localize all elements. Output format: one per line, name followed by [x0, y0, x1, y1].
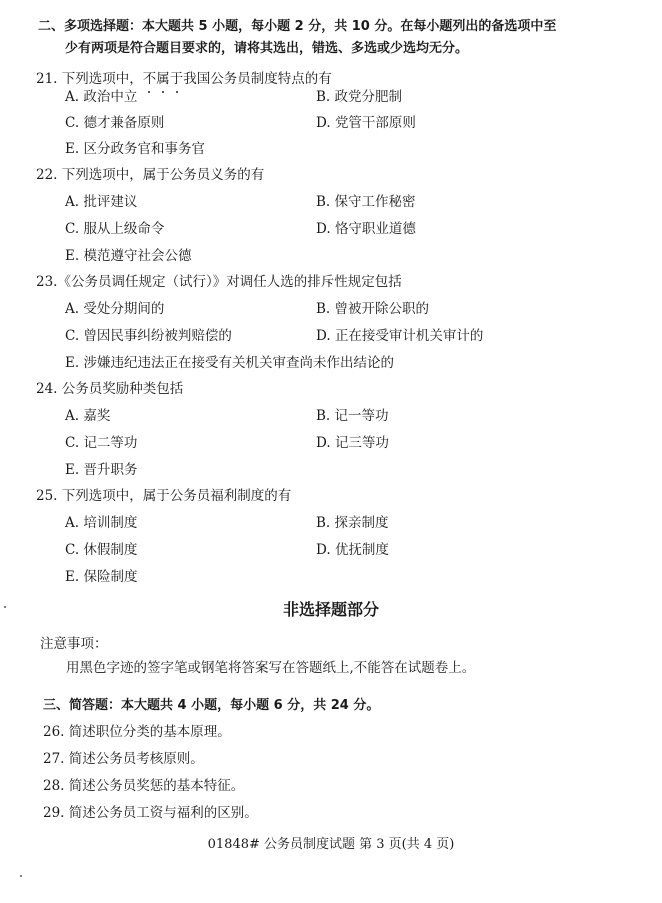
stem-text: 下列选项中，属于公务员福利制度的有	[62, 488, 292, 504]
option-text: 曾因民事纠纷被判赔偿的	[83, 328, 232, 344]
stem-text: 下列选项中，属于公务员义务的有	[62, 167, 265, 183]
option-22b: B. 保守工作秘密	[316, 193, 416, 211]
question-29: 29. 简述公务员工资与福利的区别。	[43, 804, 258, 822]
option-23d: D. 正在接受审计机关审计的	[316, 327, 483, 345]
option-text: 政党分肥制	[335, 89, 403, 105]
option-letter: D.	[316, 542, 331, 558]
option-21e: E. 区分政务官和事务官	[65, 140, 205, 158]
scan-speck	[4, 606, 6, 608]
option-text: 党管干部原则	[335, 115, 416, 131]
option-letter: C.	[65, 542, 79, 558]
option-letter: E.	[65, 141, 79, 157]
option-letter: E.	[65, 462, 79, 478]
question-24-stem: 24. 公务员奖励种类包括	[36, 380, 183, 398]
option-letter: C.	[65, 435, 79, 451]
question-22-stem: 22. 下列选项中，属于公务员义务的有	[36, 166, 264, 184]
option-letter: D.	[316, 115, 331, 131]
section3-heading: 三、简答题：本大题共 4 小题，每小题 6 分，共 24 分。	[43, 697, 379, 715]
option-letter: A.	[65, 89, 79, 105]
question-28: 28. 简述公务员奖惩的基本特征。	[43, 777, 244, 795]
option-24e: E. 晋升职务	[65, 461, 137, 479]
option-text: 恪守职业道德	[335, 221, 416, 237]
notice-label: 注意事项：	[40, 635, 108, 653]
stem-text: 下列选项中，	[62, 71, 143, 87]
option-21d: D. 党管干部原则	[316, 114, 416, 132]
notice-text: 用黑色字迹的签字笔或钢笔将答案写在答题纸上,不能答在试题卷上。	[66, 659, 475, 677]
option-text: 休假制度	[83, 542, 137, 558]
question-26: 26. 简述职位分类的基本原理。	[43, 723, 231, 741]
option-text: 批评建议	[83, 194, 137, 210]
option-letter: B.	[316, 301, 330, 317]
stem-text: 《公务员调任规定（试行）》对调任人选的排斥性规定包括	[57, 274, 401, 290]
option-text: 记一等功	[335, 408, 389, 424]
question-number: 24.	[36, 381, 57, 397]
option-text: 记三等功	[335, 435, 389, 451]
option-21a: A. 政治中立	[65, 88, 137, 106]
option-text: 区分政务官和事务官	[83, 141, 205, 157]
question-number: 29.	[43, 805, 64, 821]
question-23-stem: 23.《公务员调任规定（试行）》对调任人选的排斥性规定包括	[36, 273, 402, 291]
option-25a: A. 培训制度	[65, 514, 137, 532]
option-letter: D.	[316, 221, 331, 237]
option-letter: A.	[65, 515, 79, 531]
scan-speck	[20, 875, 22, 877]
option-24d: D. 记三等功	[316, 434, 389, 452]
question-number: 21.	[36, 71, 57, 87]
option-letter: E.	[65, 355, 79, 371]
option-text: 服从上级命令	[83, 221, 164, 237]
question-21-stem: 21. 下列选项中，不属于我国公务员制度特点的有	[36, 70, 332, 88]
option-24a: A. 嘉奖	[65, 407, 110, 425]
option-letter: C.	[65, 221, 79, 237]
question-number: 25.	[36, 488, 57, 504]
option-text: 模范遵守社会公德	[83, 248, 191, 264]
option-text: 培训制度	[83, 515, 137, 531]
question-number: 22.	[36, 167, 57, 183]
option-text: 优抚制度	[335, 542, 389, 558]
option-25e: E. 保险制度	[65, 568, 137, 586]
option-text: 保守工作秘密	[335, 194, 416, 210]
option-text: 保险制度	[83, 569, 137, 585]
option-25b: B. 探亲制度	[316, 514, 389, 532]
question-text: 简述公务员工资与福利的区别。	[69, 805, 258, 821]
option-text: 曾被开除公职的	[335, 301, 430, 317]
option-23e: E. 涉嫌违纪违法正在接受有关机关审查尚未作出结论的	[65, 354, 394, 372]
option-text: 正在接受审计机关审计的	[335, 328, 484, 344]
option-23c: C. 曾因民事纠纷被判赔偿的	[65, 327, 232, 345]
option-22a: A. 批评建议	[65, 193, 137, 211]
option-22e: E. 模范遵守社会公德	[65, 247, 191, 265]
question-text: 简述公务员奖惩的基本特征。	[69, 778, 245, 794]
option-22d: D. 恪守职业道德	[316, 220, 416, 238]
question-number: 28.	[43, 778, 64, 794]
option-24c: C. 记二等功	[65, 434, 137, 452]
option-text: 探亲制度	[335, 515, 389, 531]
option-letter: B.	[316, 194, 330, 210]
option-text: 涉嫌违纪违法正在接受有关机关审查尚未作出结论的	[83, 355, 394, 371]
option-letter: B.	[316, 89, 330, 105]
option-23b: B. 曾被开除公职的	[316, 300, 429, 318]
option-letter: D.	[316, 328, 331, 344]
option-25c: C. 休假制度	[65, 541, 137, 559]
option-22c: C. 服从上级命令	[65, 220, 164, 238]
option-letter: E.	[65, 569, 79, 585]
option-text: 嘉奖	[83, 408, 110, 424]
option-letter: E.	[65, 248, 79, 264]
option-letter: A.	[65, 194, 79, 210]
emphasis-dot	[148, 91, 150, 93]
option-letter: A.	[65, 301, 79, 317]
option-23a: A. 受处分期间的	[65, 300, 164, 318]
question-25-stem: 25. 下列选项中，属于公务员福利制度的有	[36, 487, 291, 505]
option-21c: C. 德才兼备原则	[65, 114, 164, 132]
option-text: 受处分期间的	[83, 301, 164, 317]
emphasis-dot	[162, 91, 164, 93]
option-letter: C.	[65, 328, 79, 344]
section2-heading-line2: 少有两项是符合题目要求的，请将其选出，错选、多选或少选均无分。	[65, 40, 468, 58]
question-27: 27. 简述公务员考核原则。	[43, 750, 204, 768]
question-number: 27.	[43, 751, 64, 767]
stem-text: 公务员奖励种类包括	[62, 381, 184, 397]
emphasized-text: 不属于	[143, 71, 184, 87]
question-text: 简述公务员考核原则。	[69, 751, 204, 767]
emphasis-word: 不属于	[143, 71, 184, 87]
question-number: 26.	[43, 724, 64, 740]
page-footer: 01848# 公务员制度试题 第 3 页(共 4 页)	[0, 833, 662, 852]
question-text: 简述职位分类的基本原理。	[69, 724, 231, 740]
stem-text: 我国公务员制度特点的有	[183, 71, 332, 87]
option-letter: A.	[65, 408, 79, 424]
part-title: 非选择题部分	[0, 597, 662, 620]
option-text: 德才兼备原则	[83, 115, 164, 131]
exam-page: 二、多项选择题：本大题共 5 小题，每小题 2 分，共 10 分。在每小题列出的…	[0, 0, 662, 903]
option-letter: B.	[316, 515, 330, 531]
option-text: 记二等功	[83, 435, 137, 451]
option-letter: C.	[65, 115, 79, 131]
option-text: 晋升职务	[83, 462, 137, 478]
question-number: 23.	[36, 274, 57, 290]
option-letter: D.	[316, 435, 331, 451]
emphasis-dot	[176, 91, 178, 93]
option-text: 政治中立	[83, 89, 137, 105]
option-25d: D. 优抚制度	[316, 541, 389, 559]
option-21b: B. 政党分肥制	[316, 88, 402, 106]
section2-heading-line1: 二、多项选择题：本大题共 5 小题，每小题 2 分，共 10 分。在每小题列出的…	[38, 18, 556, 36]
option-letter: B.	[316, 408, 330, 424]
option-24b: B. 记一等功	[316, 407, 389, 425]
